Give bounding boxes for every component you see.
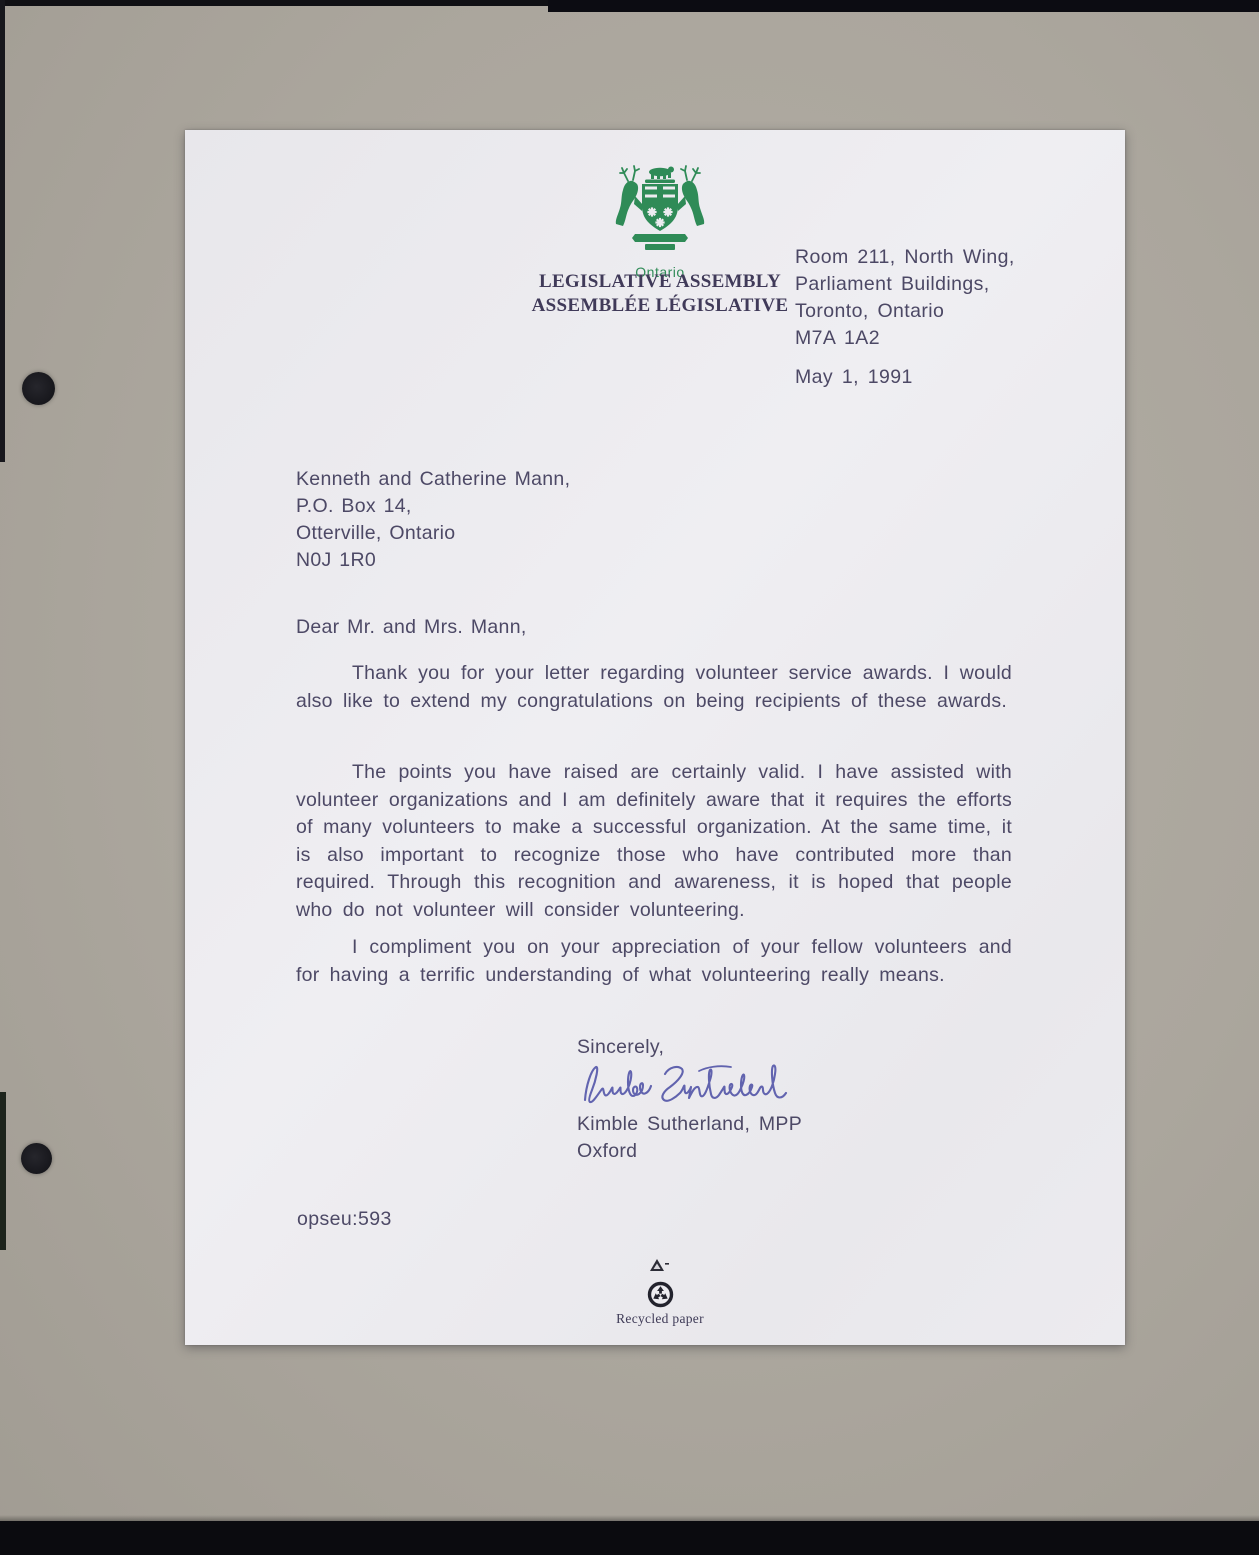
letterhead-crest: Ontario <box>598 164 722 280</box>
recipient-address-line: P.O. Box 14, <box>296 493 570 520</box>
sender-address-line: Room 211, North Wing, <box>795 244 1015 271</box>
scanned-letter-page: Ontario LEGISLATIVE ASSEMBLY ASSEMBLÉE L… <box>0 0 1259 1555</box>
scan-edge-top-right <box>548 0 1259 12</box>
body-paragraph-2: The points you have raised are certainly… <box>296 759 1012 924</box>
valediction: Sincerely, <box>577 1036 664 1059</box>
recycled-paper-label: Recycled paper <box>593 1311 727 1327</box>
body-paragraph-3: I compliment you on your appreciation of… <box>296 934 1012 989</box>
signature-block: Kimble Sutherland, MPP Oxford <box>577 1111 802 1165</box>
salutation: Dear Mr. and Mrs. Mann, <box>296 616 527 639</box>
recipient-address-line: Otterville, Ontario <box>296 520 570 547</box>
letterhead-org-name: LEGISLATIVE ASSEMBLY ASSEMBLÉE LÉGISLATI… <box>530 270 790 318</box>
sender-address-line: M7A 1A2 <box>795 325 1015 352</box>
handwritten-signature <box>579 1058 801 1110</box>
sender-address: Room 211, North Wing, Parliament Buildin… <box>795 244 1015 352</box>
body-paragraph-1: Thank you for your letter regarding volu… <box>296 660 1012 715</box>
scan-edge-left-upper <box>0 0 5 462</box>
sender-address-line: Parliament Buildings, <box>795 271 1015 298</box>
signer-riding: Oxford <box>577 1138 802 1165</box>
letter-date: May 1, 1991 <box>795 366 913 389</box>
recycled-paper-block: Recycled paper <box>593 1258 727 1327</box>
file-reference: opseu:593 <box>297 1208 392 1231</box>
recipient-address-line: N0J 1R0 <box>296 547 570 574</box>
ontario-coat-of-arms-icon <box>600 164 720 258</box>
hole-punch-bottom <box>21 1143 52 1174</box>
letter-paper: Ontario LEGISLATIVE ASSEMBLY ASSEMBLÉE L… <box>185 130 1125 1345</box>
printers-union-triangle-icon <box>649 1258 671 1273</box>
hole-punch-top <box>22 372 55 405</box>
scan-edge-bottom <box>0 1521 1259 1555</box>
org-name-english: LEGISLATIVE ASSEMBLY <box>530 270 790 294</box>
signer-name-title: Kimble Sutherland, MPP <box>577 1111 802 1138</box>
org-name-french: ASSEMBLÉE LÉGISLATIVE <box>530 294 790 318</box>
sender-address-line: Toronto, Ontario <box>795 298 1015 325</box>
recipient-address: Kenneth and Catherine Mann, P.O. Box 14,… <box>296 466 570 574</box>
recycled-paper-symbol-icon <box>647 1281 674 1308</box>
scan-edge-left-lower <box>0 1092 6 1250</box>
recipient-address-line: Kenneth and Catherine Mann, <box>296 466 570 493</box>
